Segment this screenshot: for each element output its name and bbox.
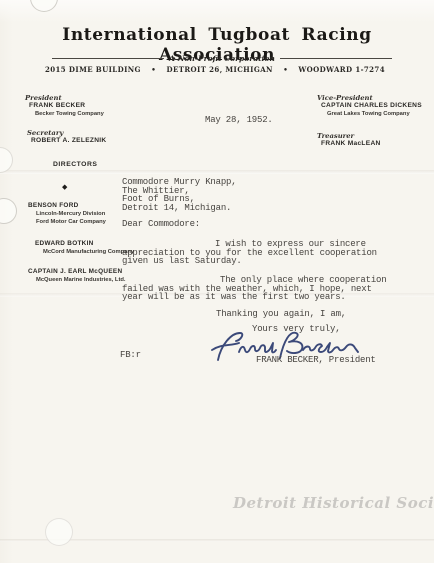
directors-heading: DIRECTORS — [53, 161, 97, 168]
officer-name: FRANK BECKER — [25, 102, 104, 110]
paragraph-line: given us last Saturday. — [122, 257, 377, 266]
bullet-separator: • — [283, 65, 288, 74]
director-name: EDWARD BOTKIN — [35, 240, 134, 248]
officer-role: Treasurer — [317, 132, 381, 140]
rule-left — [52, 58, 164, 59]
typed-signature-line: FRANK BECKER, President — [256, 356, 376, 365]
officer-vice-president: Vice-President CAPTAIN CHARLES DICKENS G… — [317, 94, 422, 118]
punch-hole — [45, 518, 73, 546]
letter-paragraph-1: I wish to express our sincere appreciati… — [122, 240, 377, 266]
paper-crease — [0, 170, 434, 174]
salutation: Dear Commodore: — [122, 220, 200, 229]
rule-right — [280, 58, 392, 59]
recipient-address: Commodore Murry Knapp, The Whittier, Foo… — [122, 178, 236, 212]
director-affiliation: McQueen Marine Industries, Ltd. — [28, 276, 126, 284]
reference-initials: FB:r — [120, 351, 141, 360]
closing-line: Thanking you again, I am, — [216, 310, 346, 319]
diamond-icon: ◆ — [62, 183, 67, 191]
director-affiliation: Lincoln-Mercury Division — [28, 210, 106, 218]
letterhead-building: 2015 DIME BUILDING — [45, 65, 141, 74]
officer-company: Great Lakes Towing Company — [317, 110, 422, 118]
officer-role: Secretary — [27, 129, 107, 137]
director-entry: BENSON FORD Lincoln-Mercury Division For… — [28, 202, 106, 226]
letter-date: May 28, 1952. — [205, 116, 273, 125]
officer-company: Becker Towing Company — [25, 110, 104, 118]
bullet-separator: • — [151, 65, 156, 74]
letter-paragraph-2: The only place where cooperation failed … — [122, 276, 386, 302]
punch-hole — [30, 0, 58, 12]
scanned-letter-page: International Tugboat Racing Association… — [0, 0, 434, 563]
director-entry: CAPTAIN J. EARL McQUEEN McQueen Marine I… — [28, 268, 126, 284]
organization-subtitle: A Non-Profit Corporation — [164, 54, 280, 63]
letterhead-phone: WOODWARD 1-7274 — [298, 65, 385, 74]
officer-role: Vice-President — [317, 94, 422, 102]
officer-name: ROBERT A. ZELEZNIK — [27, 137, 107, 145]
director-affiliation: Ford Motor Car Company — [28, 218, 106, 226]
recipient-line: Detroit 14, Michigan. — [122, 204, 236, 213]
punch-hole — [0, 147, 13, 173]
director-name: BENSON FORD — [28, 202, 106, 210]
director-entry: EDWARD BOTKIN McCord Manufacturing Compa… — [35, 240, 134, 256]
punch-hole — [0, 198, 17, 224]
officer-role: President — [25, 94, 104, 102]
officer-treasurer: Treasurer FRANK MacLEAN — [317, 132, 381, 148]
subtitle-rule-row: A Non-Profit Corporation — [52, 54, 392, 63]
officer-secretary: Secretary ROBERT A. ZELEZNIK — [27, 129, 107, 145]
letterhead-city: DETROIT 26, MICHIGAN — [167, 65, 273, 74]
director-affiliation: McCord Manufacturing Company — [35, 248, 134, 256]
archive-watermark: Detroit Historical Society — [233, 494, 434, 512]
officer-president: President FRANK BECKER Becker Towing Com… — [25, 94, 104, 118]
officer-name: FRANK MacLEAN — [317, 140, 381, 148]
letterhead-address-row: 2015 DIME BUILDING • DETROIT 26, MICHIGA… — [45, 65, 385, 74]
paragraph-line: year will be as it was the first two yea… — [122, 293, 386, 302]
director-name: CAPTAIN J. EARL McQUEEN — [28, 268, 126, 276]
officer-name: CAPTAIN CHARLES DICKENS — [317, 102, 422, 110]
